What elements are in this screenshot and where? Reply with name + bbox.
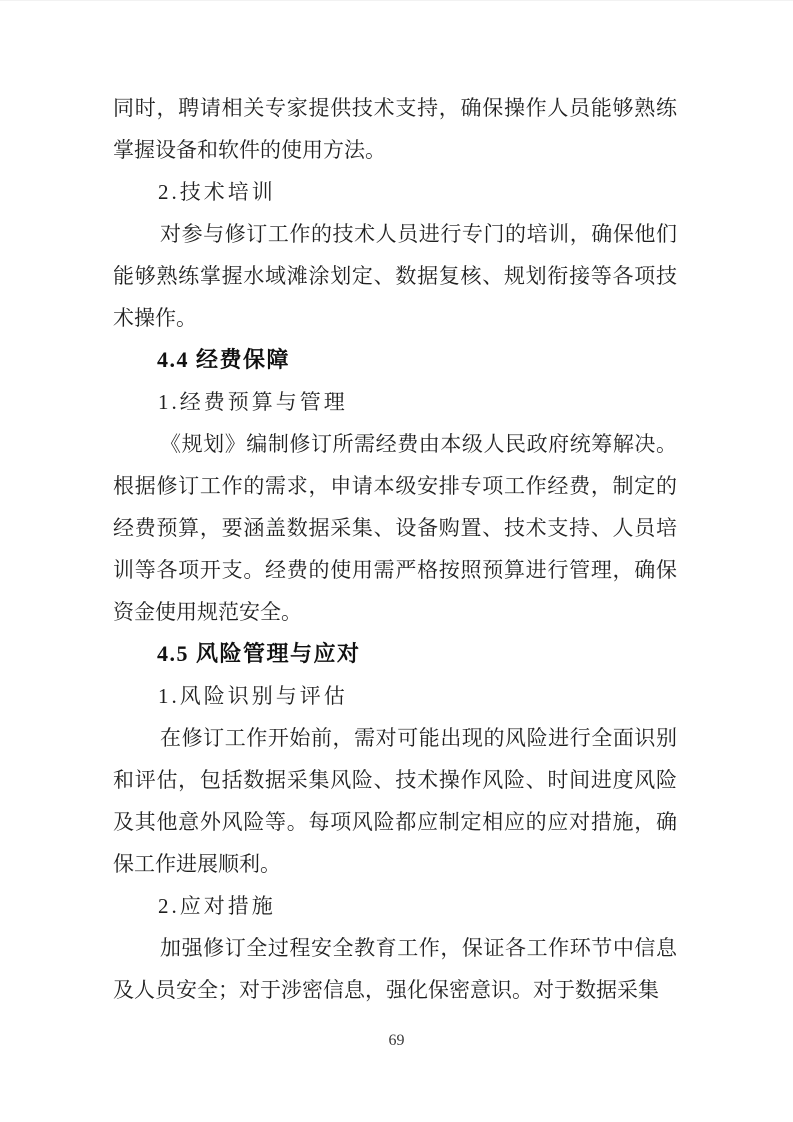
item-2-response-measures: 2.应对措施	[113, 885, 677, 927]
heading-4-4-funding-guarantee: 4.4 经费保障	[113, 339, 677, 381]
paragraph-training-detail: 对参与修订工作的技术人员进行专门的培训，确保他们能够熟练掌握水域滩涂划定、数据复…	[113, 213, 677, 339]
heading-4-5-risk-management: 4.5 风险管理与应对	[113, 633, 677, 675]
paragraph-response-detail: 加强修订全过程安全教育工作，保证各工作环节中信息及人员安全；对于涉密信息，强化保…	[113, 927, 677, 1011]
document-content: 同时，聘请相关专家提供技术支持，确保操作人员能够熟练掌握设备和软件的使用方法。 …	[113, 87, 677, 1011]
page-number: 69	[0, 1031, 793, 1051]
item-2-technical-training: 2.技术培训	[113, 171, 677, 213]
paragraph-expert-support: 同时，聘请相关专家提供技术支持，确保操作人员能够熟练掌握设备和软件的使用方法。	[113, 87, 677, 171]
paragraph-budget-detail: 《规划》编制修订所需经费由本级人民政府统筹解决。根据修订工作的需求，申请本级安排…	[113, 423, 677, 633]
paragraph-risk-detail: 在修订工作开始前，需对可能出现的风险进行全面识别和评估，包括数据采集风险、技术操…	[113, 717, 677, 885]
document-page: 同时，聘请相关专家提供技术支持，确保操作人员能够熟练掌握设备和软件的使用方法。 …	[0, 0, 793, 1122]
item-1-risk-identification: 1.风险识别与评估	[113, 675, 677, 717]
item-1-budget-management: 1.经费预算与管理	[113, 381, 677, 423]
